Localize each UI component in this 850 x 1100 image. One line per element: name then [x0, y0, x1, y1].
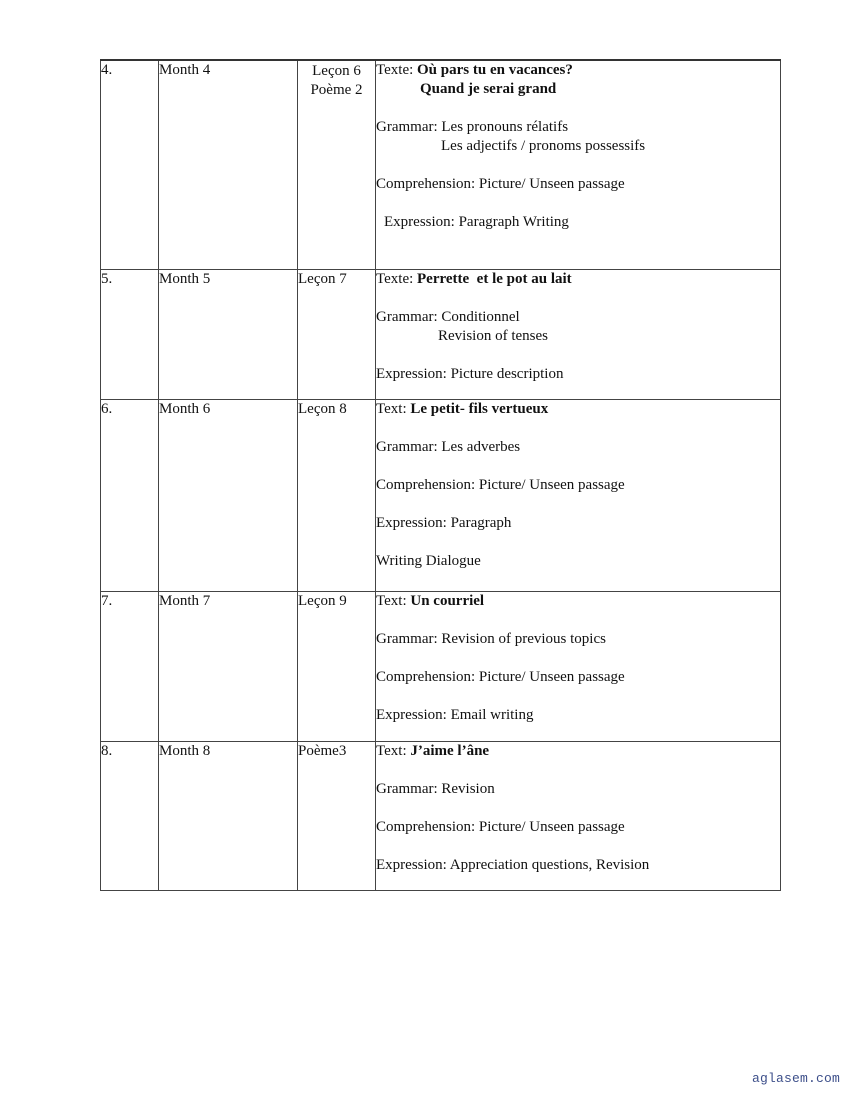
text-line: Text: J’aime l’âne — [376, 742, 780, 761]
month-cell: Month 6 — [159, 399, 298, 591]
lesson-cell: Leçon 8 — [298, 399, 376, 591]
lesson-line: Poème3 — [298, 742, 375, 761]
month-cell: Month 5 — [159, 269, 298, 399]
text-line: Text: Le petit- fils vertueux — [376, 400, 780, 419]
lesson-cell: Poème3 — [298, 741, 376, 890]
lesson-cell: Leçon 9 — [298, 591, 376, 741]
grammar-label: Grammar: — [376, 309, 441, 325]
grammar-line: Grammar: Conditionnel — [376, 308, 780, 327]
content-cell: Text: Un courriel Grammar: Revision of p… — [376, 591, 781, 741]
text-title: Un courriel — [410, 593, 484, 609]
lesson-line: Leçon 9 — [298, 592, 375, 611]
month-cell: Month 4 — [159, 60, 298, 269]
month-cell: Month 7 — [159, 591, 298, 741]
grammar-line: Grammar: Les pronouns rélatifs — [376, 118, 780, 137]
row-number: 8. — [101, 741, 159, 890]
row-number: 6. — [101, 399, 159, 591]
table-row: 4. Month 4 Leçon 6 Poème 2 Texte: Où par… — [101, 60, 781, 269]
comprehension-line: Comprehension: Picture/ Unseen passage — [376, 668, 780, 687]
expression-line: Expression: Email writing — [376, 706, 780, 725]
text-title: Perrette et le pot au lait — [417, 271, 572, 287]
table-row: 7. Month 7 Leçon 9 Text: Un courriel Gra… — [101, 591, 781, 741]
lesson-line: Leçon 8 — [298, 400, 375, 419]
month-cell: Month 8 — [159, 741, 298, 890]
text-title: J’aime l’âne — [410, 743, 489, 759]
watermark-link[interactable]: aglasem.com — [752, 1071, 840, 1086]
content-cell: Texte: Perrette et le pot au lait Gramma… — [376, 269, 781, 399]
text-line: Texte: Où pars tu en vacances? — [376, 61, 780, 80]
text-line: Text: Un courriel — [376, 592, 780, 611]
grammar-line: Grammar: Revision — [376, 780, 780, 799]
text-line: Texte: Perrette et le pot au lait — [376, 270, 780, 289]
text-label: Texte: — [376, 271, 417, 287]
table-row: 6. Month 6 Leçon 8 Text: Le petit- fils … — [101, 399, 781, 591]
grammar-topic: Revision of tenses — [376, 327, 780, 346]
grammar-topic: Les adjectifs / pronoms possessifs — [376, 137, 780, 156]
text-label: Text: — [376, 743, 410, 759]
comprehension-line: Comprehension: Picture/ Unseen passage — [376, 818, 780, 837]
expression-line: Expression: Appreciation questions, Revi… — [376, 856, 780, 875]
expression-line: Expression: Paragraph — [376, 514, 780, 533]
comprehension-line: Comprehension: Picture/ Unseen passage — [376, 175, 780, 194]
text-label: Texte: — [376, 62, 417, 78]
syllabus-table: 4. Month 4 Leçon 6 Poème 2 Texte: Où par… — [100, 59, 781, 891]
lesson-line: Leçon 6 — [298, 62, 375, 81]
writing-line: Writing Dialogue — [376, 552, 780, 571]
text-label: Text: — [376, 593, 410, 609]
table-row: 5. Month 5 Leçon 7 Texte: Perrette et le… — [101, 269, 781, 399]
lesson-cell: Leçon 6 Poème 2 — [298, 60, 376, 269]
content-cell: Texte: Où pars tu en vacances? Quand je … — [376, 60, 781, 269]
lesson-line: Poème 2 — [298, 81, 375, 100]
comprehension-line: Comprehension: Picture/ Unseen passage — [376, 476, 780, 495]
text-title: Où pars tu en vacances? — [417, 62, 573, 78]
table-row: 8. Month 8 Poème3 Text: J’aime l’âne Gra… — [101, 741, 781, 890]
grammar-label: Grammar: — [376, 119, 441, 135]
expression-line: Expression: Picture description — [376, 365, 780, 384]
text-label: Text: — [376, 401, 410, 417]
grammar-line: Grammar: Les adverbes — [376, 438, 780, 457]
content-cell: Text: Le petit- fils vertueux Grammar: L… — [376, 399, 781, 591]
grammar-line: Grammar: Revision of previous topics — [376, 630, 780, 649]
text-title: Quand je serai grand — [376, 80, 780, 99]
lesson-cell: Leçon 7 — [298, 269, 376, 399]
row-number: 7. — [101, 591, 159, 741]
lesson-line: Leçon 7 — [298, 270, 375, 289]
text-title: Le petit- fils vertueux — [410, 401, 548, 417]
grammar-topic: Conditionnel — [441, 309, 519, 325]
expression-line: Expression: Paragraph Writing — [376, 213, 780, 232]
content-cell: Text: J’aime l’âne Grammar: Revision Com… — [376, 741, 781, 890]
row-number: 4. — [101, 60, 159, 269]
row-number: 5. — [101, 269, 159, 399]
grammar-topic: Les pronouns rélatifs — [441, 119, 568, 135]
